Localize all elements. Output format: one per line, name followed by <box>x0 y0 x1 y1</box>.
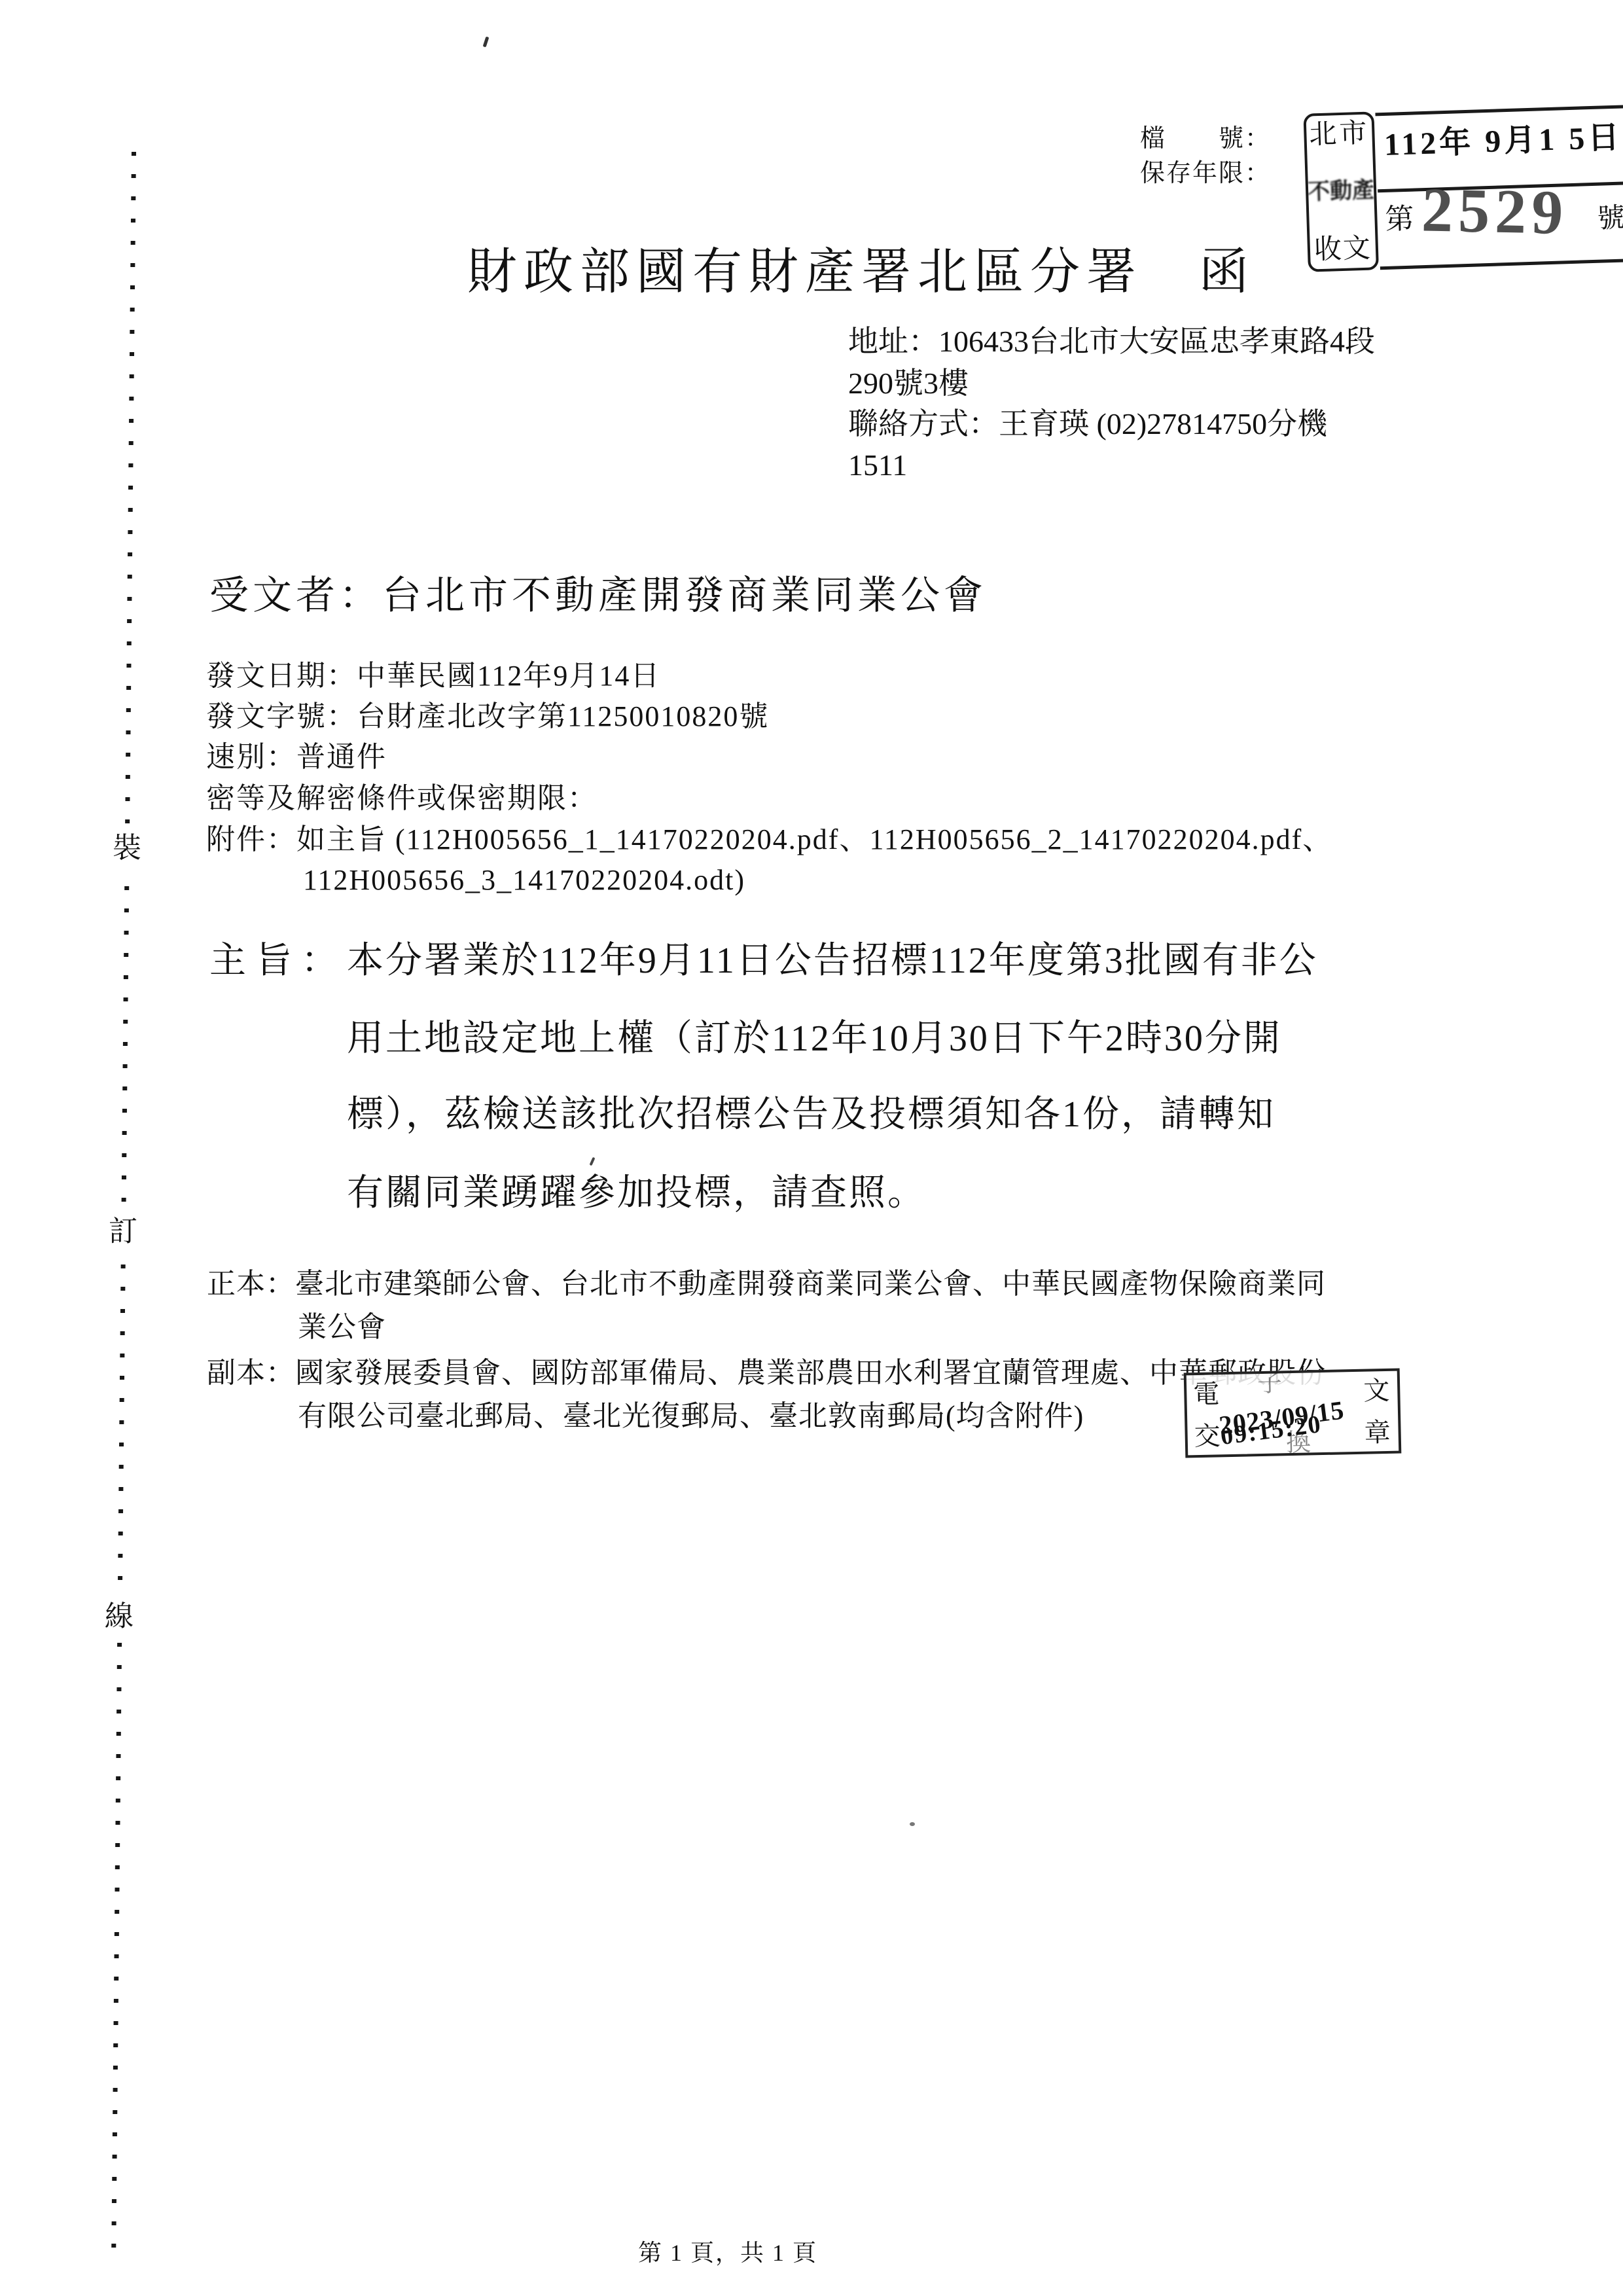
meta-speed: 速別：普通件 <box>206 743 387 772</box>
receipt-stamp-line-top <box>1375 104 1623 116</box>
subject-label: 主旨： <box>209 942 347 979</box>
sender-address-line2: 290號3樓 <box>848 368 969 399</box>
binding-dotted-line <box>111 152 136 2256</box>
retention-period-label: 保存年限： <box>1140 161 1271 186</box>
copies-original-line2: 業公會 <box>298 1313 386 1342</box>
document-title: 財政部國有財產署北區分署 函 <box>467 247 1255 297</box>
scan-artifact-top <box>483 37 490 48</box>
file-number-label: 檔 號： <box>1140 126 1271 151</box>
subject-line2: 用土地設定地上權（訂於112年10月30日下午2時30分開 <box>347 1020 1282 1057</box>
receipt-stamp: 北市 不動產 收文 112年 9月1 5日 第 2529 號 <box>1299 94 1623 289</box>
footer-page-info: 第 1 頁，共 1 頁 <box>638 2241 817 2265</box>
copies-cc-line2: 有限公司臺北郵局、臺北光復郵局、臺北敦南郵局(均含附件) <box>298 1402 1084 1431</box>
meta-attachments-line1: 附件：如主旨 (112H005656_1_14170220204.pdf、112… <box>206 825 1332 854</box>
receipt-stamp-number-handwritten: 2529 <box>1421 178 1569 244</box>
recipient-line: 受文者：台北市不動產開發商業同業公會 <box>209 576 987 615</box>
electronic-exchange-stamp: 電 文 交 章 子 換 2023/09/15 09:15:20 <box>1184 1369 1402 1458</box>
exchange-stamp-datetime: 2023/09/15 09:15:20 <box>1215 1373 1371 1434</box>
meta-sent-date: 發文日期：中華民國112年9月14日 <box>206 662 660 691</box>
meta-security: 密等及解密條件或保密期限： <box>206 784 597 813</box>
scan-artifact-middle <box>910 1822 915 1826</box>
sender-address-line1: 地址：106433台北市大安區忠孝東路4段 <box>848 327 1375 357</box>
receipt-stamp-org-mid: 不動產 <box>1308 179 1375 204</box>
receipt-stamp-line-bottom <box>1380 258 1623 270</box>
subject-line4: 有關同業踴躍參加投標，請查照。 <box>347 1175 926 1211</box>
exchange-stamp-char-bl: 交 <box>1194 1423 1221 1450</box>
receipt-stamp-date: 112年 9月1 5日 <box>1383 122 1623 161</box>
binding-mark-zhuang: 裝 <box>111 829 143 868</box>
receipt-stamp-number-suffix: 號 <box>1597 204 1623 232</box>
binding-mark-xian: 線 <box>103 1597 135 1636</box>
copies-original-line1: 正本：臺北市建築師公會、台北市不動產開發商業同業公會、中華民國產物保險商業同 <box>207 1270 1326 1299</box>
receipt-stamp-org-bottom: 收文 <box>1313 235 1372 264</box>
subject-line1: 本分署業於112年9月11日公告招標112年度第3批國有非公 <box>347 942 1318 979</box>
exchange-stamp-char-br: 章 <box>1364 1420 1391 1446</box>
sender-contact-line1: 聯絡方式：王育瑛 (02)27814750分機 <box>848 409 1327 439</box>
meta-attachments-line2: 112H005656_3_14170220204.odt) <box>303 866 745 895</box>
binding-mark-ding: 訂 <box>107 1212 139 1251</box>
sender-contact-line2: 1511 <box>848 450 907 480</box>
scanned-official-letter-page: 裝 訂 線 檔 號： 保存年限： 北市 不動產 收文 112年 9月1 5日 第… <box>0 0 1623 2296</box>
subject-line3: 標），茲檢送該批次招標公告及投標須知各1份，請轉知 <box>347 1096 1275 1133</box>
receipt-stamp-org-box: 北市 不動產 收文 <box>1303 111 1379 272</box>
receipt-stamp-number-prefix: 第 <box>1385 205 1414 234</box>
scan-artifact-subject <box>590 1157 596 1166</box>
meta-doc-number: 發文字號：台財產北改字第11250010820號 <box>206 702 769 731</box>
receipt-stamp-org-top: 北市 <box>1309 120 1370 149</box>
copies-cc-line1: 副本：國家發展委員會、國防部軍備局、農業部農田水利署宜蘭管理處、中華郵政股份 <box>207 1359 1326 1388</box>
